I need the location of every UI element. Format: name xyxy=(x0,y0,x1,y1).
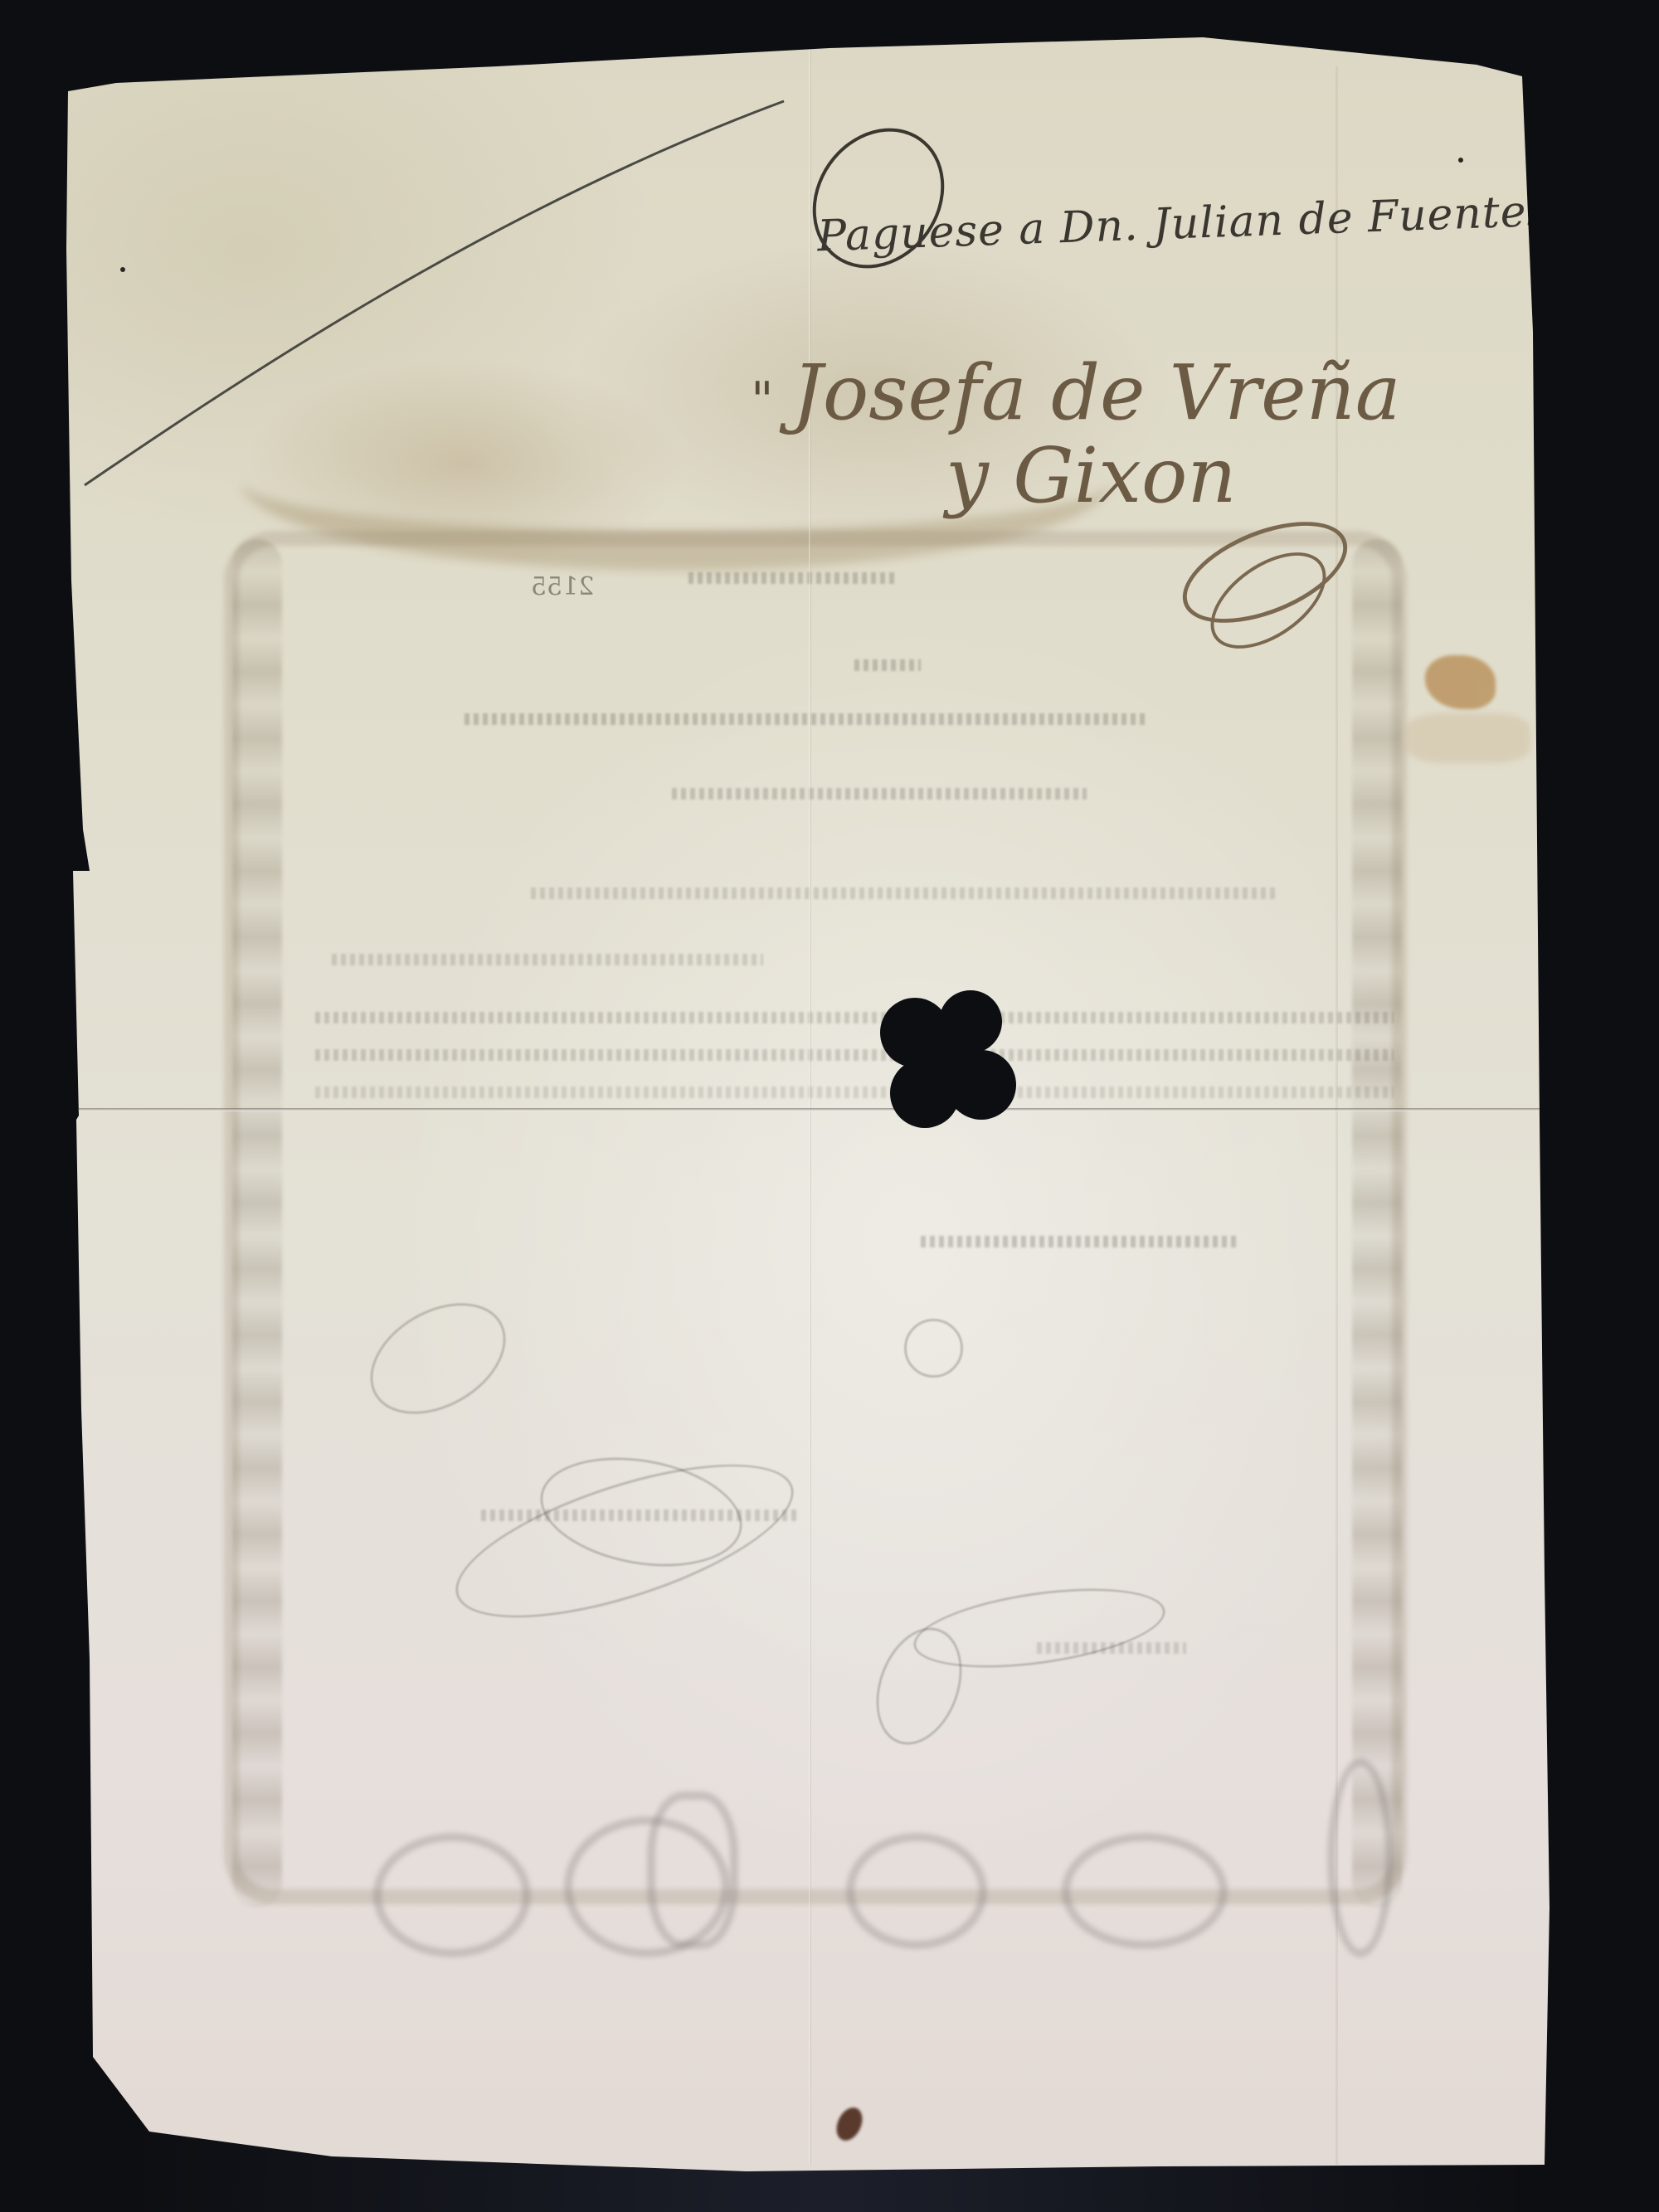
ornament-scroll xyxy=(1062,1833,1228,1949)
signature-line-2: y Gixon xyxy=(946,431,1237,520)
horizontal-fold-crease xyxy=(75,1108,1545,1111)
ornament-scroll xyxy=(846,1833,987,1949)
endorsement-capital-flourish xyxy=(786,103,971,294)
bleed-flourish xyxy=(904,1319,963,1378)
dark-spot-stain xyxy=(831,2103,867,2145)
signature-quote-mark: " xyxy=(751,372,774,430)
ink-speck xyxy=(1458,158,1463,163)
ink-speck xyxy=(87,2057,92,2062)
bottom-ornament-bleed xyxy=(348,1783,1385,1949)
rust-stain xyxy=(1425,655,1496,709)
bleed-text-line xyxy=(315,1012,1394,1023)
bleed-text-line xyxy=(332,954,763,965)
bleed-text-line xyxy=(921,1236,1236,1247)
bleed-text-line xyxy=(531,887,1277,899)
water-stain xyxy=(1406,713,1530,763)
ornament-scroll xyxy=(647,1791,738,1949)
bleed-text-line xyxy=(854,659,921,671)
decorative-border-bleed xyxy=(224,531,1407,1904)
right-chain-border-bleed xyxy=(1352,539,1402,1908)
left-chain-border-bleed xyxy=(232,539,282,1908)
signature-line-1: Josefa de Vreña xyxy=(792,348,1401,437)
paper: 2155 xyxy=(0,0,1659,2212)
bleed-text-line xyxy=(672,788,1087,800)
bleed-text-line xyxy=(465,713,1145,725)
ornament-scroll xyxy=(373,1833,531,1957)
cancellation-punch-hole xyxy=(875,987,1020,1128)
bleed-text-line xyxy=(315,1049,1394,1061)
bleed-text-line xyxy=(315,1087,1394,1098)
bleed-text-line xyxy=(688,572,896,584)
ink-speck xyxy=(120,267,125,272)
document-sheet: 2155 xyxy=(0,0,1659,2212)
bleed-stamp-number: 2155 xyxy=(531,572,594,601)
